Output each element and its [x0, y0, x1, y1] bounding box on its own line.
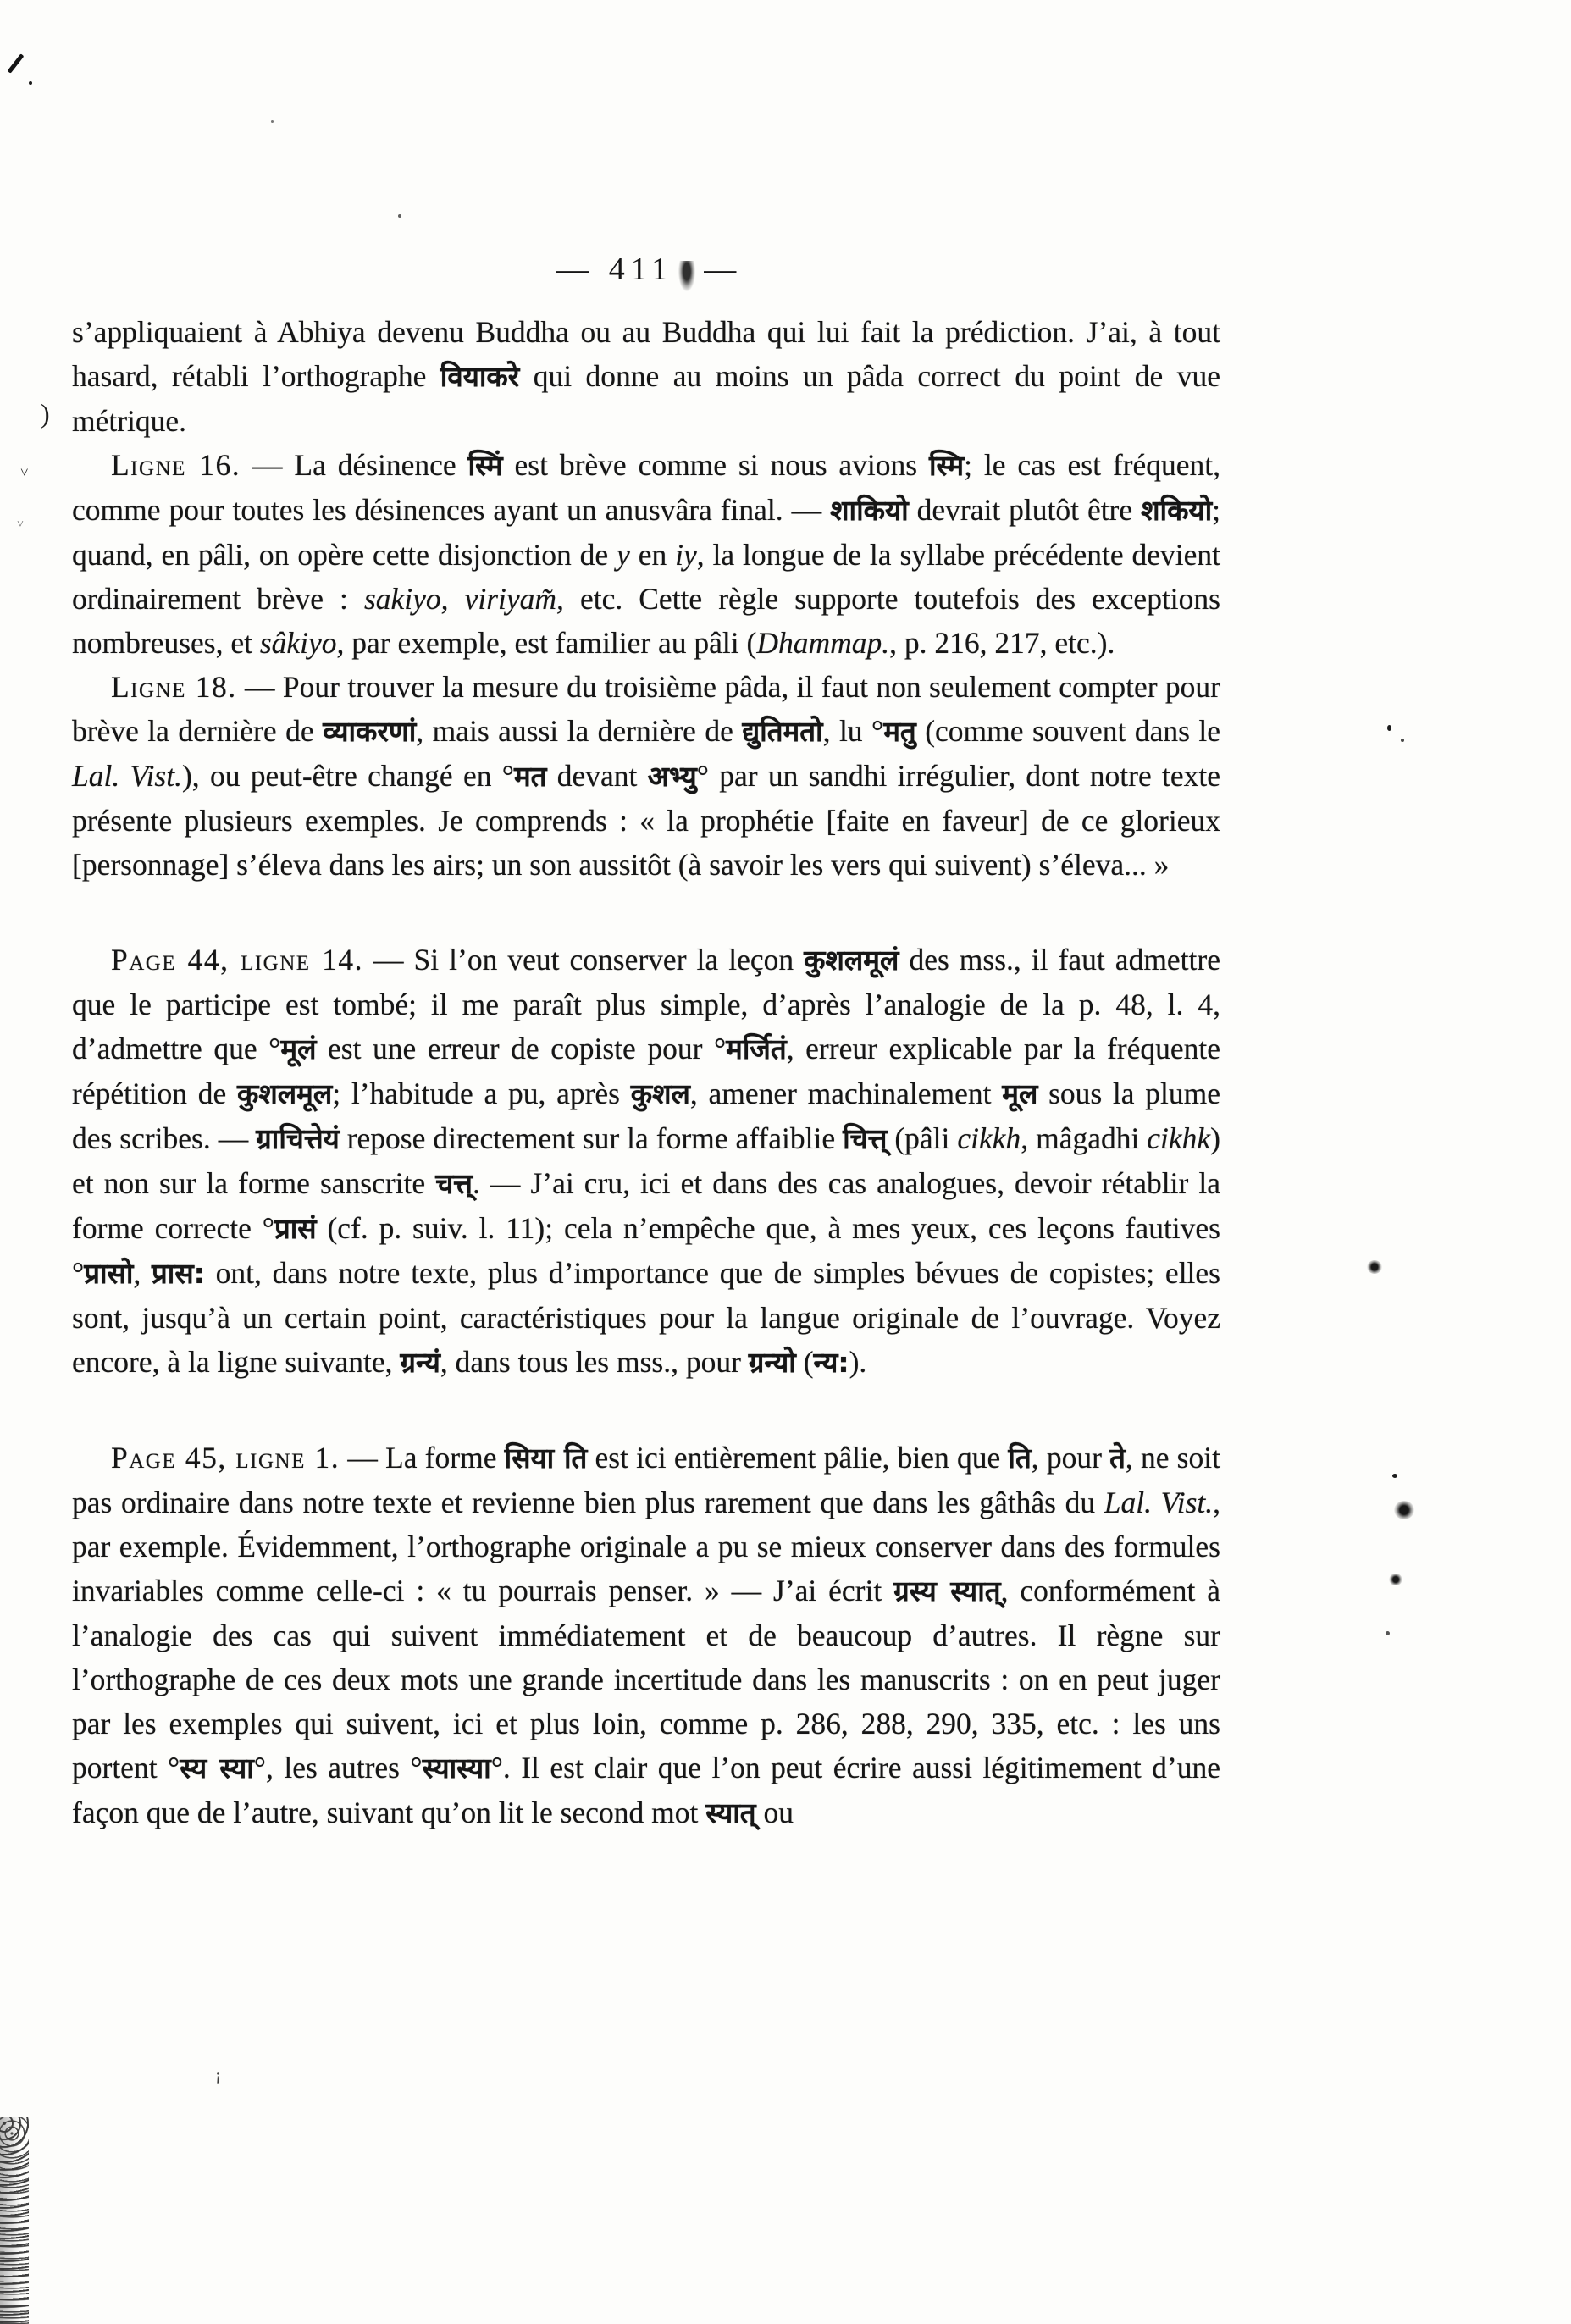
body-text: — La désinence — [241, 448, 467, 482]
scan-speck — [398, 214, 401, 218]
devanagari-text: ग्राचित्तेयं — [256, 1122, 340, 1155]
devanagari-text: चित्त् — [843, 1122, 887, 1155]
body-text: (comme souvent dans le — [916, 714, 1220, 748]
devanagari-text: न्य: — [814, 1346, 849, 1379]
italic-text: Lal. Vist. — [72, 759, 182, 793]
ink-smudge — [678, 261, 695, 291]
body-text: est brève comme si nous avions — [503, 448, 929, 482]
scan-speck — [1386, 1631, 1390, 1635]
body-text: (pâli — [887, 1121, 957, 1155]
body-text: est ici entièrement pâlie, bien que — [587, 1441, 1008, 1475]
devanagari-text: प्रासो — [84, 1257, 133, 1290]
devanagari-text: वियाकरे — [440, 360, 519, 393]
devanagari-text: कुशलमूल — [237, 1077, 332, 1110]
devanagari-text: स्मिं — [468, 449, 503, 482]
body-text: , mâgadhi — [1021, 1121, 1147, 1155]
body-text: en — [630, 538, 675, 572]
body-text: , p. 216, 217, etc.). — [889, 626, 1115, 660]
scan-speck — [8, 53, 25, 74]
scan-speck — [1392, 1474, 1397, 1478]
body-text: , dans tous les mss., pour — [440, 1345, 749, 1379]
body-text: devrait plutôt être — [909, 493, 1141, 527]
scan-speck — [1394, 1501, 1414, 1519]
page-edge-noise — [0, 2117, 29, 2324]
page-number: —411— — [72, 251, 1220, 291]
scan-speck — [29, 81, 32, 85]
devanagari-text: मत — [514, 760, 547, 793]
scan-speck — [1367, 1260, 1382, 1274]
devanagari-text: कुशलमूलं — [804, 943, 899, 977]
devanagari-text: प्रास: — [152, 1257, 205, 1290]
page-number-left-dash: — — [556, 252, 589, 287]
devanagari-text: स्मि — [929, 449, 964, 482]
italic-text: cikkh — [957, 1121, 1021, 1155]
body-text: par exemple, est familier au pâli ( — [344, 626, 756, 660]
body-text: ; l’habitude a pu, après — [332, 1076, 630, 1110]
devanagari-text: द्युतिमतो — [742, 715, 822, 748]
paragraph: Page 45, ligne 1. — La forme सिया ति est… — [72, 1436, 1220, 1835]
page-number-right-dash: — — [704, 252, 736, 287]
devanagari-text: मतु — [883, 715, 916, 748]
lemma-label: Page 45, ligne 1. — [111, 1441, 340, 1475]
text-block: s’appliquaient à Abhiya devenu Buddha ou… — [72, 310, 1220, 1835]
devanagari-text: ति — [1008, 1441, 1031, 1475]
devanagari-text: ग्रन्यं — [400, 1346, 440, 1379]
body-text: ). — [849, 1345, 867, 1379]
body-text: , amener machinalement — [690, 1076, 1002, 1110]
scan-speck — [1401, 739, 1404, 742]
body-text: — Si l’on veut conserver la leçon — [363, 943, 804, 977]
lemma-label: Ligne 16. — [111, 448, 241, 482]
stray-check-mark: ˅ — [17, 518, 24, 532]
lemma-label: Ligne 18. — [111, 670, 237, 704]
scan-speck — [1389, 1574, 1402, 1585]
body-text: est une erreur de copiste pour ° — [316, 1032, 726, 1065]
italic-text: sâkiyo, — [260, 626, 345, 660]
paragraph: Ligne 18. — Pour trouver la mesure du tr… — [72, 665, 1220, 887]
lemma-label: Page 44, ligne 14. — [111, 943, 363, 977]
italic-text: y — [617, 538, 630, 572]
devanagari-text: मूलं — [280, 1032, 316, 1065]
italic-text: sakiyo, viriyam̃, — [364, 582, 564, 616]
devanagari-text: व्याकरणां — [323, 715, 416, 748]
devanagari-text: प्रासं — [274, 1212, 317, 1245]
devanagari-text: स्यात् — [705, 1796, 755, 1829]
devanagari-text: शाकियो — [830, 494, 909, 527]
body-text: repose directement sur la forme affaibli… — [340, 1121, 843, 1155]
body-text: ( — [796, 1345, 814, 1379]
paragraph: Ligne 16. — La désinence स्मिं est brève… — [72, 443, 1220, 665]
devanagari-text: चत्त् — [435, 1167, 473, 1200]
body-text: , lu ° — [823, 714, 884, 748]
devanagari-text: अभ्यु — [648, 760, 697, 793]
body-text: , — [133, 1256, 152, 1290]
italic-text: cikhk — [1147, 1121, 1210, 1155]
scan-speck — [1387, 725, 1391, 731]
body-text: , mais aussi la dernière de — [416, 714, 742, 748]
paragraph: s’appliquaient à Abhiya devenu Buddha ou… — [72, 310, 1220, 443]
devanagari-text: मर्जितं — [726, 1032, 787, 1065]
devanagari-text: स्यास्या — [423, 1751, 491, 1784]
body-text: °, les autres ° — [254, 1751, 423, 1784]
body-text: devant — [546, 759, 647, 793]
body-text: ou — [756, 1796, 794, 1829]
paragraph: Page 44, ligne 14. — Si l’on veut conser… — [72, 938, 1220, 1385]
devanagari-text: कुशल — [631, 1077, 690, 1110]
italic-text: Dhammap. — [756, 626, 889, 660]
italic-text: Lal. Vist. — [1104, 1486, 1213, 1519]
devanagari-text: स्य स्या — [180, 1751, 254, 1784]
italic-text: iy — [675, 538, 697, 572]
devanagari-text: ते — [1109, 1441, 1126, 1475]
stray-paren-mark: ) — [41, 398, 50, 429]
devanagari-text: शकियो — [1141, 494, 1212, 527]
devanagari-text: मूल — [1002, 1077, 1037, 1110]
body-text: — La forme — [340, 1441, 504, 1475]
devanagari-text: ग्रन्यो — [749, 1346, 796, 1379]
body-text: , pour — [1032, 1441, 1109, 1475]
devanagari-text: ग्रस्य स्यात् — [893, 1574, 1000, 1607]
stray-mark: ¡ — [215, 2067, 221, 2086]
scan-speck — [271, 120, 274, 123]
stray-check-mark: ˅ — [20, 464, 29, 481]
devanagari-text: सिया ति — [505, 1441, 588, 1475]
body-text: ), ou peut-être changé en ° — [182, 759, 514, 793]
page-number-value: 411 — [609, 252, 674, 287]
